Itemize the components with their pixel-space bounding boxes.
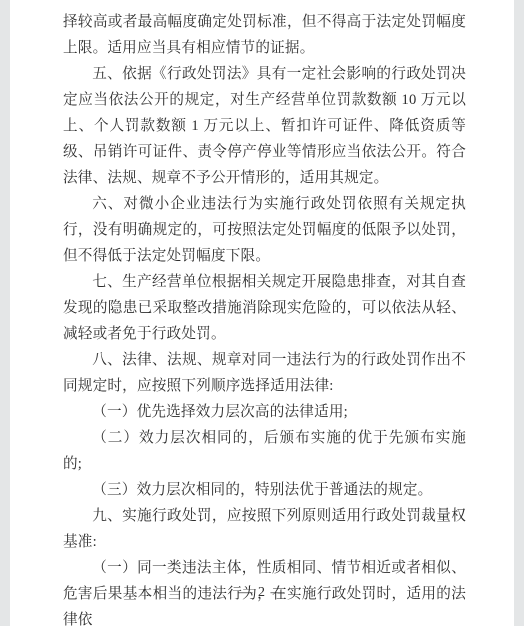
list-item-8-3: （三）效力层次相同的，特别法优于普通法的规定。 xyxy=(63,477,466,503)
list-item-8-1: （一）优先选择效力层次高的法律适用; xyxy=(63,399,466,425)
paragraph-article-6: 六、对微小企业违法行为实施行政处罚依照有关规定执行，没有明确规定的，可按照法定处… xyxy=(63,191,466,269)
scan-edge-left xyxy=(0,0,10,626)
page-number: — 2 — xyxy=(0,583,524,603)
paragraph-article-8: 八、法律、法规、规章对同一违法行为的行政处罚作出不同规定时，应按照下列顺序选择适… xyxy=(63,347,466,399)
list-item-8-2: （二）效力层次相同的，后颁布实施的优于先颁布实施的; xyxy=(63,425,466,477)
paragraph-article-5: 五、依据《行政处罚法》具有一定社会影响的行政处罚决定应当依法公开的规定，对生产经… xyxy=(63,61,466,191)
paragraph-article-9: 九、实施行政处罚，应按照下列原则适用行政处罚裁量权基准: xyxy=(63,503,466,555)
paragraph-article-7: 七、生产经营单位根据相关规定开展隐患排查，对其自查发现的隐患已采取整改措施消除现… xyxy=(63,269,466,347)
scan-edge-right xyxy=(514,0,524,626)
document-page: 择较高或者最高幅度确定处罚标准，但不得高于法定处罚幅度上限。适用应当具有相应情节… xyxy=(63,9,466,626)
paragraph-continuation: 择较高或者最高幅度确定处罚标准，但不得高于法定处罚幅度上限。适用应当具有相应情节… xyxy=(63,9,466,61)
